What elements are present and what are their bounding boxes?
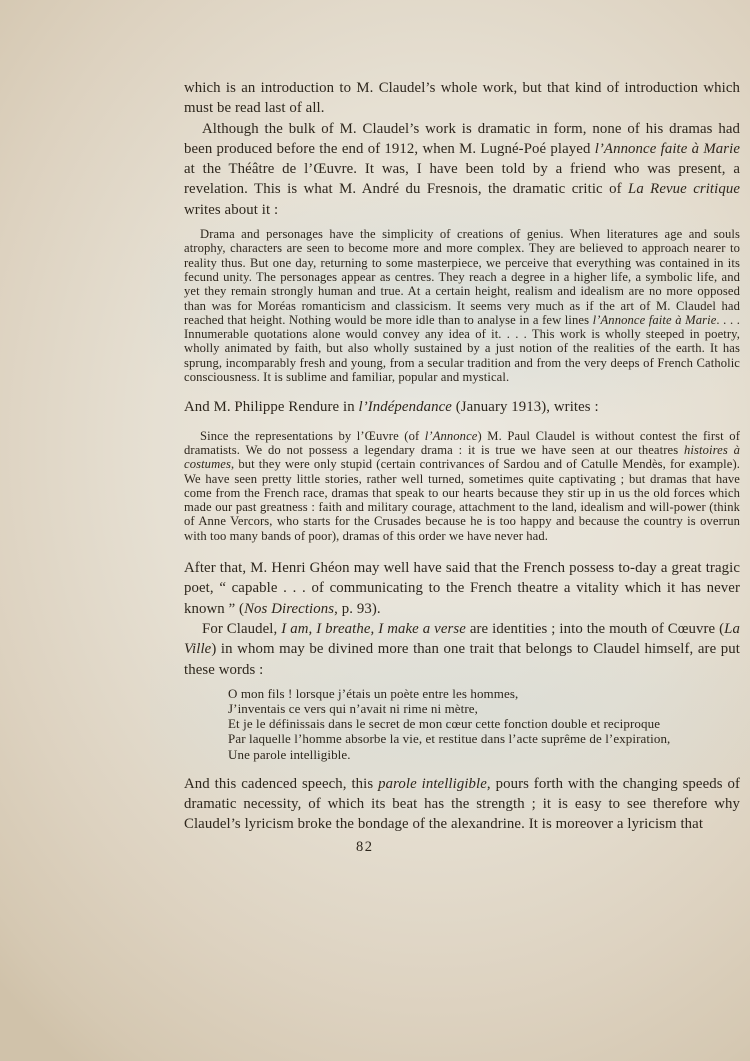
page-number: 82: [184, 839, 740, 856]
verse-line: Par laquelle l’homme absorbe la vie, et …: [228, 731, 740, 746]
verse-quotation: O mon fils ! lorsque j’étais un poète en…: [228, 686, 740, 762]
paragraph-claudel-identities: For Claudel, I am, I breathe, I make a v…: [184, 619, 740, 680]
paragraph-although: Although the bulk of M. Claudel’s work i…: [184, 119, 740, 220]
verse-line: Et je le définissais dans le secret de m…: [228, 716, 740, 731]
verse-line: Une parole intelligible.: [228, 747, 740, 762]
paragraph-gheon: After that, M. Henri Ghéon may well have…: [184, 558, 740, 619]
book-page-scan: which is an introduction to M. Claudel’s…: [0, 0, 750, 1061]
verse-line: O mon fils ! lorsque j’étais un poète en…: [228, 686, 740, 701]
block-quote-fresnois: Drama and personages have the simplicity…: [184, 227, 740, 384]
block-quote-rendure: Since the representations by l’Œuvre (of…: [184, 429, 740, 543]
page-text-block: which is an introduction to M. Claudel’s…: [184, 78, 740, 856]
verse-line: J’inventais ce vers qui n’avait ni rime …: [228, 701, 740, 716]
paragraph-intro: which is an introduction to M. Claudel’s…: [184, 78, 740, 119]
paragraph-rendure-intro: And M. Philippe Rendure in l’Indépendanc…: [184, 397, 740, 417]
paragraph-final: And this cadenced speech, this parole in…: [184, 774, 740, 835]
